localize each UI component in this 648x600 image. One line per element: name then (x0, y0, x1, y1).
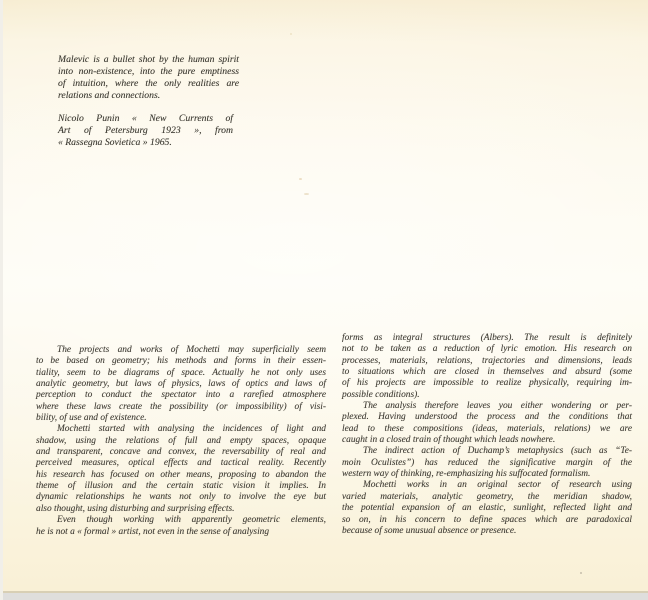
text-line: into non-existence, into the pure emptin… (58, 66, 239, 78)
text-line: dynamic relationships he wants not only … (36, 492, 326, 503)
text-line: Even though working with apparently geom… (36, 515, 326, 526)
text-line: western way of thinking, re-emphasizing … (342, 469, 632, 480)
text-line: Malevic is a bullet shot by the human sp… (58, 54, 239, 66)
text-line: to be based on geometry; his methods and… (36, 356, 326, 367)
paper-speck (299, 178, 302, 180)
epigraph-quote: Malevic is a bullet shot by the human sp… (58, 54, 239, 102)
text-line: where these laws create the possibility … (36, 402, 326, 413)
text-line: analytic geometry, but laws of physics, … (36, 379, 326, 390)
text-line: varied materials, analytic geometry, the… (342, 492, 632, 503)
book-page: Malevic is a bullet shot by the human sp… (3, 0, 648, 593)
text-line: The indirect action of Duchamp’s metaphy… (342, 446, 632, 457)
text-line: of intuition, where the only realities a… (58, 78, 239, 90)
text-line: theme of illusion and the certain static… (36, 481, 326, 492)
scan-background: Malevic is a bullet shot by the human sp… (0, 0, 648, 600)
text-line: perception to conduct the spectator into… (36, 390, 326, 401)
paper-speck (290, 33, 292, 35)
text-line: Mochetti started with analysing the inci… (36, 424, 326, 435)
paper-speck (580, 572, 582, 574)
text-line: to situations which are closed in themse… (342, 367, 632, 378)
text-line: possible conditions). (342, 390, 632, 401)
text-line: so on, in his concern to define spaces w… (342, 515, 632, 526)
text-line: the potential expansion of an elastic, s… (342, 503, 632, 514)
text-line: The projects and works of Mochetti may s… (36, 345, 326, 356)
text-line: his research has focused on other means,… (36, 470, 326, 481)
text-line: The analysis therefore leaves you either… (342, 401, 632, 412)
text-line: Nicolo Punin « New Currents of (58, 113, 233, 125)
paper-speck (304, 193, 309, 195)
text-line: of his projects are impossible to realiz… (342, 378, 632, 389)
text-line: not to be taken as a reduction of lyric … (342, 344, 632, 355)
left-text-column: The projects and works of Mochetti may s… (36, 345, 326, 538)
text-line: because of some unusual absence or prese… (342, 526, 632, 537)
text-line: lead to these compositions (ideas, mater… (342, 424, 632, 435)
text-line: caught in a closed train of thought whic… (342, 435, 632, 446)
text-line: Mochetti works in an original sector of … (342, 480, 632, 491)
text-line: Art of Petersburg 1923 », from (58, 125, 233, 137)
text-line: bility, of use and of existence. (36, 413, 326, 424)
text-line: relations and connections. (58, 90, 239, 102)
text-line: moin Oculistes”) has reduced the signifi… (342, 458, 632, 469)
text-line: tiality, seem to be diagrams of space. A… (36, 368, 326, 379)
text-line: shadow, using the relations of full and … (36, 436, 326, 447)
text-line: he is not a « formal » artist, not even … (36, 527, 326, 538)
text-line: plexed. Having understood the process an… (342, 412, 632, 423)
text-line: forms as integral structures (Albers). T… (342, 333, 632, 344)
text-line: also thought, using disturbing and surpr… (36, 504, 326, 515)
right-text-column: forms as integral structures (Albers). T… (342, 333, 632, 537)
text-line: « Rassegna Sovietica » 1965. (58, 137, 233, 149)
text-line: and transparent, concave and convex, the… (36, 447, 326, 458)
epigraph-attribution: Nicolo Punin « New Currents ofArt of Pet… (58, 113, 233, 150)
text-line: perceived measures, optical effects and … (36, 458, 326, 469)
text-line: processes, materials, relations, traject… (342, 356, 632, 367)
